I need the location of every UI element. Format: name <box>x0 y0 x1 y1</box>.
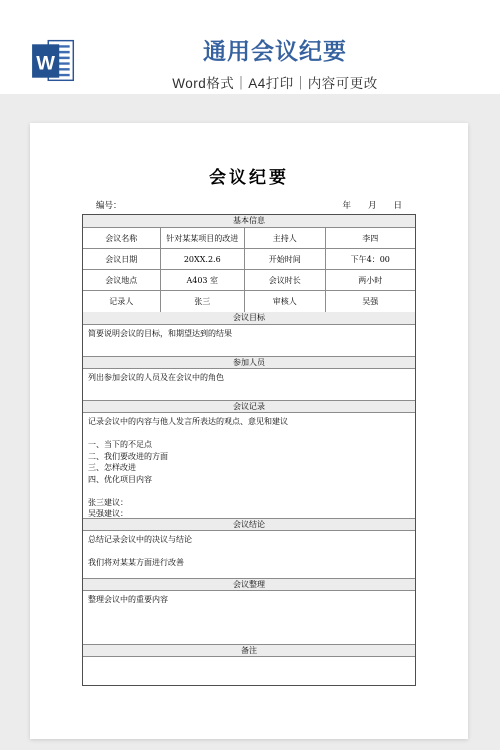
info-label-cell: 开始时间 <box>245 249 326 270</box>
info-value-cell: 李四 <box>326 228 415 249</box>
info-value-cell: A403 室 <box>161 270 245 291</box>
info-value-cell: 下午4：00 <box>326 249 415 270</box>
page-subtitle: Word格式｜A4打印｜内容可更改 <box>172 72 378 92</box>
section-content-remark <box>83 657 415 685</box>
info-value-cell: 吴强 <box>326 291 415 312</box>
doc-title: 会议纪要 <box>30 123 468 189</box>
section-header-goal: 会议目标 <box>83 312 415 325</box>
section-content-goal: 简要说明会议的目标，和期望达到的结果 <box>83 325 415 357</box>
section-header-organize: 会议整理 <box>83 578 415 591</box>
doc-date-label: 年 月 日 <box>342 200 402 212</box>
section-content-conclusion: 总结记录会议中的决议与结论 我们将对某某方面进行改善 <box>83 531 415 579</box>
info-value-cell: 20XX.2.6 <box>161 249 245 270</box>
section-header-remark: 备注 <box>83 644 415 657</box>
preview-background: 会议纪要 编号： 年 月 日 基本信息 会议名称 针对某某项目的改进 主持人 李… <box>0 94 500 750</box>
info-value-cell: 张三 <box>161 291 245 312</box>
page-title: 通用会议纪要 <box>172 38 378 66</box>
info-label-cell: 会议名称 <box>83 228 161 249</box>
app-header: W 通用会议纪要 Word格式｜A4打印｜内容可更改 <box>0 0 500 94</box>
info-label-cell: 会议日期 <box>83 249 161 270</box>
section-header-participants: 参加人员 <box>83 356 415 369</box>
info-label-cell: 审核人 <box>245 291 326 312</box>
doc-number-label: 编号： <box>96 200 122 212</box>
basic-info-grid: 会议名称 针对某某项目的改进 主持人 李四 会议日期 20XX.2.6 开始时间… <box>83 228 415 312</box>
info-label-cell: 主持人 <box>245 228 326 249</box>
document-preview: 会议纪要 编号： 年 月 日 基本信息 会议名称 针对某某项目的改进 主持人 李… <box>30 123 468 739</box>
info-value-cell: 针对某某项目的改进 <box>161 228 245 249</box>
info-label-cell: 会议地点 <box>83 270 161 291</box>
doc-meta-row: 编号： 年 月 日 <box>82 200 416 212</box>
section-header-record: 会议记录 <box>83 400 415 413</box>
meeting-table: 基本信息 会议名称 针对某某项目的改进 主持人 李四 会议日期 20XX.2.6… <box>82 214 416 686</box>
section-content-participants: 列出参加会议的人员及在会议中的角色 <box>83 369 415 401</box>
section-content-organize: 整理会议中的重要内容 <box>83 591 415 645</box>
info-label-cell: 会议时长 <box>245 270 326 291</box>
word-icon: W <box>30 37 78 85</box>
svg-text:W: W <box>36 52 55 74</box>
info-value-cell: 两小时 <box>326 270 415 291</box>
section-header-conclusion: 会议结论 <box>83 518 415 531</box>
info-label-cell: 记录人 <box>83 291 161 312</box>
section-content-record: 记录会议中的内容与他人发言所表达的观点、意见和建议 一、当下的不足点 二、我们要… <box>83 413 415 519</box>
section-header-basic-info: 基本信息 <box>83 215 415 228</box>
